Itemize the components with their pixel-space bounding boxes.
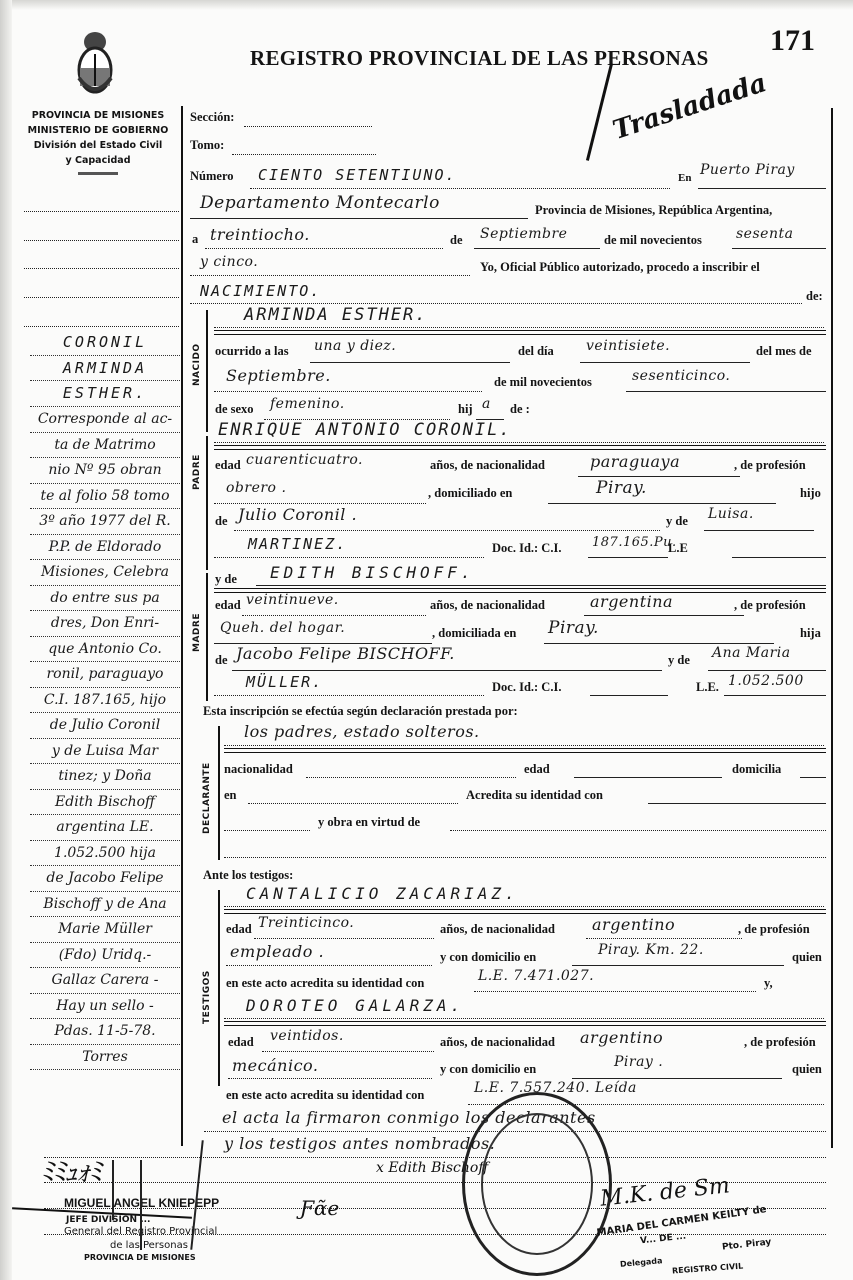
ocurrido-label: ocurrido a las (215, 344, 289, 359)
del-mes-label: del mes de (756, 344, 812, 359)
margin-line: Corresponde al ac- (30, 407, 180, 433)
de-label: de (450, 233, 463, 248)
section-bar (206, 436, 208, 570)
declarante-acredita-label: Acredita su identidad con (466, 788, 603, 803)
testigo-1-acredita-field[interactable] (474, 991, 756, 992)
padre-edad-value: cuarenticuatro. (246, 452, 363, 468)
declarante-obra-pre-field[interactable] (224, 830, 310, 831)
en-field[interactable] (698, 188, 826, 189)
padre-doc-value: 187.165.Pu. (592, 535, 677, 550)
testigo-2-domicilio-label: y con domicilio en (440, 1062, 536, 1077)
madre-y-de-label-2: y de (668, 653, 690, 668)
oficial-text: Yo, Oficial Público autorizado, procedo … (480, 260, 760, 275)
testigo-1-domicilio-label: y con domicilio en (440, 950, 536, 965)
document-title: REGISTRO PROVINCIAL DE LAS PERSONAS (250, 46, 709, 71)
abuela-materna-1: Ana Maria (712, 645, 791, 661)
mil-novecientos-label: de mil novecientos (604, 233, 702, 248)
numero-value: CIENTO SETENTIUNO. (258, 166, 457, 184)
page-edge-left (0, 0, 12, 1280)
madre-doc-field[interactable] (590, 695, 668, 696)
padre-domicilio-field[interactable] (548, 503, 776, 504)
margin-line: Bischoff y de Ana (30, 892, 180, 918)
testigo-2-nombre: DOROTEO GALARZA. (246, 996, 464, 1015)
signature-stroke (140, 1160, 142, 1250)
padre-nacionalidad-value: paraguaya (590, 452, 680, 471)
margin-line: argentina LE. (30, 815, 180, 841)
testigo-1-edad-field[interactable] (254, 938, 434, 939)
declarante-en-field[interactable] (248, 803, 458, 804)
testigo-1-domicilio-value: Piray. Km. 22. (598, 942, 704, 958)
section-bar (206, 573, 208, 701)
testigo-1-nacionalidad-field[interactable] (586, 938, 742, 939)
madre-edad-label: edad (215, 598, 241, 613)
margin-rule (24, 297, 179, 298)
margin-line: CORONIL (30, 330, 180, 356)
abuela-materna-field[interactable] (708, 670, 826, 671)
double-rule (214, 330, 826, 335)
anio-field-2[interactable] (190, 275, 470, 276)
seccion-field[interactable] (244, 126, 372, 127)
folio-number: 171 (770, 24, 815, 58)
anio-field-1[interactable] (732, 248, 826, 249)
anio-nacimiento-field[interactable] (626, 391, 826, 392)
testigo-2-domicilio-value: Piray . (614, 1054, 663, 1070)
testigo-2-profesion-value: mecánico. (232, 1056, 318, 1075)
padre-domicilio-value: Piray. (596, 478, 647, 498)
testigo-1-acredita-value: L.E. 7.471.027. (478, 968, 594, 984)
de-label-2: de : (510, 402, 530, 417)
hija-label: hija (800, 626, 821, 641)
madre-domicilio-label: , domiciliada en (432, 626, 516, 641)
testigo-1-quien-label: quien (792, 950, 822, 965)
testigo-1-profesion-value: empleado . (230, 942, 324, 961)
madre-edad-field[interactable] (242, 615, 426, 616)
mil-novecientos-label-2: de mil novecientos (494, 375, 592, 390)
madre-nacionalidad-field[interactable] (584, 615, 744, 616)
right-border (831, 108, 833, 1148)
abuelo-materno: Jacobo Felipe BISCHOFF. (236, 644, 455, 663)
a-label: a (192, 232, 198, 247)
signature-stroke (112, 1160, 114, 1220)
anio-nacimiento-value: sesenticinco. (632, 368, 730, 384)
signature-witness: Ƒɑ̃e (300, 1196, 339, 1220)
margin-line: Pdas. 11-5-78. (30, 1019, 180, 1045)
section-bar (218, 890, 220, 1086)
padre-de-label: de (215, 514, 228, 529)
anio-value-1: sesenta (736, 226, 793, 242)
padre-edad-label: edad (215, 458, 241, 473)
testigo-2-edad-field[interactable] (262, 1051, 434, 1052)
padre-nombre: ENRIQUE ANTONIO CORONIL. (218, 420, 512, 440)
margin-line: P.P. de Eldorado (30, 535, 180, 561)
margin-line: te al folio 58 tomo (30, 484, 180, 510)
madre-domicilio-field[interactable] (544, 643, 774, 644)
margin-rule (24, 211, 179, 212)
margin-line: C.I. 187.165, hijo (30, 688, 180, 714)
padre-section-label: PADRE (192, 454, 202, 490)
argentina-coat-of-arms-icon (70, 28, 120, 100)
trasladada-annotation: Trasladada (609, 68, 770, 146)
dia-nacimiento-field[interactable] (580, 362, 750, 363)
declarante-section-label: DECLARANTE (202, 762, 212, 834)
nacido-nombre: ARMINDA ESTHER. (244, 305, 428, 325)
margin-line: Gallaz Carera - (30, 968, 180, 994)
margin-line: do entre sus pa (30, 586, 180, 612)
padre-nacionalidad-label: años, de nacionalidad (430, 458, 545, 473)
hora-value: una y diez. (314, 338, 396, 354)
declarante-extra-field[interactable] (224, 857, 826, 858)
departamento-field[interactable] (190, 218, 528, 219)
left-official-title-1: JEFE DIVISIÓN ... (66, 1215, 150, 1225)
anio-value-2: y cinco. (200, 254, 258, 270)
left-official-title-3: de las Personas (110, 1240, 188, 1251)
margin-line: ta de Matrimo (30, 433, 180, 459)
margin-line: dres, Don Enri- (30, 611, 180, 637)
padre-profesion-value: obrero . (226, 480, 286, 496)
margin-line: Misiones, Celebra (30, 560, 180, 586)
section-bar (206, 310, 208, 432)
double-rule (224, 909, 826, 914)
abuelo-materno-field[interactable] (232, 670, 662, 671)
annotation-stroke (586, 63, 613, 161)
declarante-intro: Esta inscripción se efectúa según declar… (203, 704, 518, 719)
testigo-1-nombre-field[interactable] (224, 906, 824, 907)
testigo-2-edad-value: veintidos. (270, 1028, 344, 1044)
testigos-intro: Ante los testigos: (203, 868, 293, 883)
testigo-1-y-label: y, (764, 976, 773, 991)
margin-line: de Julio Coronil (30, 713, 180, 739)
sexo-label: de sexo (215, 402, 254, 417)
testigo-1-profesion-label: , de profesión (738, 922, 810, 937)
seccion-label: Sección: (190, 110, 234, 125)
abuelo-paterno: Julio Coronil . (238, 505, 357, 524)
double-rule (224, 1021, 826, 1026)
declarante-obra-field[interactable] (450, 830, 826, 831)
mes-value: Septiembre (480, 226, 567, 242)
padre-le-field[interactable] (732, 557, 826, 558)
section-bar (218, 726, 220, 860)
declarante-nacionalidad-field[interactable] (306, 777, 516, 778)
declarado-por-field[interactable] (224, 745, 824, 746)
padre-nombre-field[interactable] (214, 442, 824, 443)
margin-line: nio Nº 95 obran (30, 458, 180, 484)
dia-nacimiento-value: veintisiete. (586, 338, 670, 354)
en-value: Puerto Piray (700, 162, 795, 178)
testigo-1-edad-value: Treinticinco. (258, 915, 354, 931)
double-rule (224, 748, 826, 753)
madre-doc-label: Doc. Id.: C.I. (492, 680, 561, 695)
closing-line-2: y los testigos antes nombrados. (224, 1134, 495, 1153)
testigo-2-nombre-field[interactable] (224, 1018, 824, 1019)
right-official-title-4: REGISTRO CIVIL (672, 1262, 744, 1276)
declarante-domicilia-label: domicilia (732, 762, 781, 777)
margin-line: ARMINDA (30, 356, 180, 382)
declarante-obra-label: y obra en virtud de (318, 815, 420, 830)
declarante-edad-label: edad (524, 762, 550, 777)
agency-line: y Capacidad (18, 153, 178, 168)
abuela-materna-2: MÜLLER. (246, 673, 323, 691)
signature-left-official: ﾐﾐｭｫﾐ (40, 1150, 100, 1190)
declarante-domicilia-field[interactable] (800, 777, 826, 778)
abuela-paterna-field[interactable] (704, 530, 814, 531)
hijo-label: hijo (800, 486, 821, 501)
madre-profesion-value: Queh. del hogar. (220, 620, 345, 636)
margin-line: Torres (30, 1045, 180, 1071)
madre-nacionalidad-label: años, de nacionalidad (430, 598, 545, 613)
madre-profesion-label: , de profesión (734, 598, 806, 613)
margin-line: tinez; y Doña (30, 764, 180, 790)
del-dia-label: del día (518, 344, 554, 359)
closing-line-2-field (44, 1157, 826, 1158)
signature-right-official: M.K. de Sm (599, 1173, 731, 1211)
mes-nacimiento-value: Septiembre. (226, 366, 331, 385)
numero-label: Número (190, 169, 234, 184)
dia-value: treintiocho. (210, 225, 310, 244)
margin-rule (24, 268, 179, 269)
madre-le-value: 1.052.500 (728, 673, 804, 689)
double-rule (214, 445, 826, 450)
madre-nombre: EDITH BISCHOFF. (270, 563, 475, 582)
nacido-section-label: NACIDO (192, 343, 202, 386)
numero-field[interactable] (250, 188, 670, 189)
official-round-stamp-icon (462, 1092, 612, 1276)
departamento-value: Departamento Montecarlo (200, 193, 440, 213)
padre-profesion-field[interactable] (214, 503, 426, 504)
testigo-2-nacionalidad-value: argentino (580, 1028, 663, 1047)
testigo-2-domicilio-field[interactable] (572, 1078, 782, 1079)
divider (78, 172, 118, 175)
padre-doc-field[interactable] (588, 557, 668, 558)
declarante-nacionalidad-label: nacionalidad (224, 762, 293, 777)
margin-line: Edith Bischoff (30, 790, 180, 816)
padre-profesion-label: , de profesión (734, 458, 806, 473)
hij-value: a (482, 396, 491, 412)
madre-section-label: MADRE (192, 613, 202, 652)
madre-le-field[interactable] (724, 695, 826, 696)
testigo-1-acredita-label: en este acto acredita su identidad con (226, 976, 424, 991)
margin-line: y de Luisa Mar (30, 739, 180, 765)
testigo-2-edad-label: edad (228, 1035, 254, 1050)
margin-line: 3º año 1977 del R. (30, 509, 180, 535)
testigo-2-nacionalidad-label: años, de nacionalidad (440, 1035, 555, 1050)
abuela-paterna-2-field[interactable] (214, 557, 484, 558)
madre-domicilio-value: Piray. (548, 618, 599, 638)
margin-rule (24, 326, 179, 327)
en-label: En (678, 172, 691, 184)
page-edge-top (0, 0, 853, 10)
margin-annotation: Corresponde al ac- ta de Matrimo nio Nº … (30, 407, 180, 1070)
abuela-paterna-2: MARTINEZ. (248, 535, 347, 553)
de-colon: de: (806, 289, 823, 304)
margin-line: ronil, paraguayo (30, 662, 180, 688)
margin-line: de Jacobo Felipe (30, 866, 180, 892)
padre-doc-label: Doc. Id.: C.I. (492, 541, 561, 556)
testigo-2-acredita-label: en este acto acredita su identidad con (226, 1088, 424, 1103)
tomo-label: Tomo: (190, 138, 224, 153)
margin-line: Marie Müller (30, 917, 180, 943)
left-official-title-4: PROVINCIA DE MISIONES (84, 1253, 196, 1262)
declarado-por: los padres, estado solteros. (244, 722, 480, 741)
madre-le-label: L.E. (696, 680, 719, 695)
madre-edad-value: veintinueve. (246, 592, 339, 608)
dia-field[interactable] (205, 248, 443, 249)
madre-nombre-field[interactable] (256, 585, 826, 586)
declarante-en-label: en (224, 788, 237, 803)
testigo-2-quien-label: quien (792, 1062, 822, 1077)
madre-y-de-label: y de (215, 572, 237, 587)
padre-domicilio-label: , domiciliado en (428, 486, 512, 501)
testigo-2-acredita-value: L.E. 7.557.240. Leída (474, 1080, 637, 1096)
hij-label: hij (458, 402, 473, 417)
declarante-edad-field[interactable] (574, 777, 722, 778)
mes-field[interactable] (474, 248, 600, 249)
margin-line: que Antonio Co. (30, 637, 180, 663)
testigo-1-edad-label: edad (226, 922, 252, 937)
testigo-1-nombre: CANTALICIO ZACARIAZ. (246, 884, 519, 903)
tomo-field[interactable] (232, 154, 376, 155)
provincia-text: Provincia de Misiones, República Argenti… (535, 203, 772, 218)
hora-field[interactable] (310, 362, 510, 363)
right-official-title-3: Delegada (620, 1256, 663, 1269)
agency-line: MINISTERIO DE GOBIERNO (18, 123, 178, 138)
abuela-materna-2-field[interactable] (214, 695, 484, 696)
margin-line: Hay un sello - (30, 994, 180, 1020)
mes-nacimiento-field[interactable] (214, 391, 482, 392)
testigo-2-profesion-field[interactable] (228, 1078, 432, 1079)
margin-line: ESTHER. (30, 381, 180, 407)
testigo-1-nacionalidad-value: argentino (592, 915, 675, 934)
padre-nacionalidad-field[interactable] (578, 476, 740, 477)
testigo-1-profesion-field[interactable] (226, 965, 432, 966)
padre-le-label: L.E (668, 541, 688, 556)
margin-line: (Fdo) Uridq.- (30, 943, 180, 969)
testigo-1-nacionalidad-label: años, de nacionalidad (440, 922, 555, 937)
right-official-title-2: Pto. Piray (722, 1237, 772, 1252)
margin-line: 1.052.500 hija (30, 841, 180, 867)
abuela-paterna-1: Luisa. (708, 506, 754, 522)
margin-rule (24, 240, 179, 241)
declarante-acredita-field[interactable] (648, 803, 826, 804)
birth-certificate-page: REGISTRO PROVINCIAL DE LAS PERSONAS 171 … (0, 0, 853, 1280)
margin-name-block: CORONIL ARMINDA ESTHER. (30, 330, 180, 407)
padre-y-de-label: y de (666, 514, 688, 529)
agency-header: PROVINCIA DE MISIONES MINISTERIO DE GOBI… (18, 108, 178, 175)
testigo-2-profesion-label: , de profesión (744, 1035, 816, 1050)
agency-line: División del Estado Civil (18, 138, 178, 153)
acto-field[interactable] (190, 303, 802, 304)
acto-value: NACIMIENTO. (200, 282, 321, 300)
testigos-section-label: TESTIGOS (202, 970, 212, 1024)
madre-nacionalidad-value: argentina (590, 592, 673, 611)
madre-de-label: de (215, 653, 228, 668)
abuelo-paterno-field[interactable] (234, 530, 660, 531)
agency-line: PROVINCIA DE MISIONES (18, 108, 178, 123)
main-column-border (181, 106, 183, 1146)
testigo-1-domicilio-field[interactable] (572, 965, 784, 966)
sexo-value: femenino. (270, 396, 345, 412)
nacido-nombre-field[interactable] (214, 327, 824, 328)
